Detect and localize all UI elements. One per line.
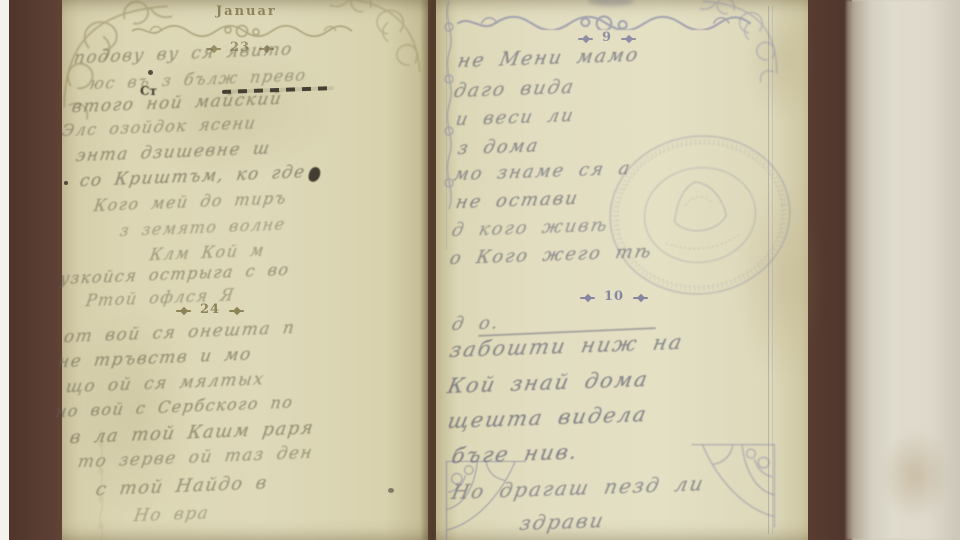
handwritten-line: не остави [454,188,581,213]
handwritten-line: Но вра [132,503,210,526]
handwritten-line: д о. [450,312,502,335]
scanner-edge-strip [0,0,9,540]
divider-star-icon [176,307,191,315]
handwritten-line: здрави [518,508,607,535]
ink-speck [388,488,394,493]
ink-speck [148,70,153,75]
divider-star-icon [621,35,636,43]
month-header: Januar [216,4,277,19]
divider-star-icon [229,307,244,315]
ink-speck [64,181,68,185]
handwritten-line: даго вида [452,76,577,102]
fore-edge-stain [880,430,950,520]
header-flourish-icon [452,12,756,30]
divider-star-icon [578,35,593,43]
handwritten-line: з дома [456,135,542,159]
divider-star-icon [580,294,595,302]
crossed-out-mark: Ст [140,84,166,93]
handwritten-line: и веси ли [454,105,577,130]
handwritten-line: бъге нив. [450,439,581,468]
header-flourish-icon [128,22,356,40]
round-ink-stamp [588,114,812,316]
day-number: 9 [602,30,612,45]
book-scan: Januar 23 24 подову ву ся явито юс въ з … [0,0,960,540]
